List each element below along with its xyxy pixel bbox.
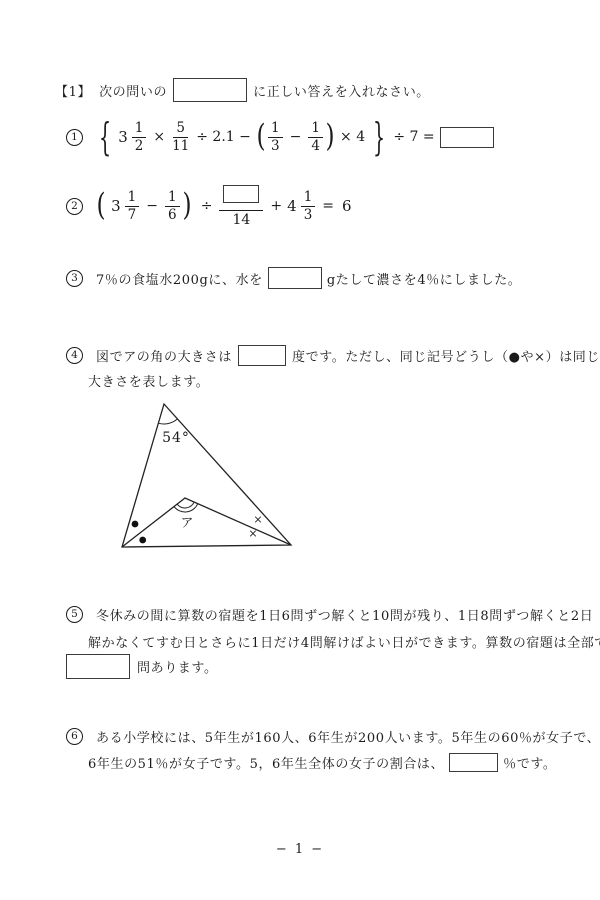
numerator: 5 xyxy=(173,121,188,137)
mixed-number: 4 1 3 xyxy=(287,190,317,221)
problem-3: 3 7％の食塩水200gに、水を gたして濃さを4％にしました。 xyxy=(66,264,521,292)
whole-part: 4 xyxy=(287,197,297,215)
problem-5-text-line1: 冬休みの間に算数の宿題を1日6問ずつ解くと10問が残り、1日8問ずつ解くと2日 xyxy=(96,605,593,624)
problem-4-text-line2: 大きさを表します。 xyxy=(88,371,209,390)
equal-angle-cross: × xyxy=(253,513,262,526)
header-text-before: 次の問いの xyxy=(99,81,167,100)
paren-close: ) xyxy=(182,192,191,220)
equals-sign: = xyxy=(322,198,334,214)
problem-6-line2: 6年生の51％が女子です。5，6年生全体の女子の割合は、 ％です。 xyxy=(88,748,557,776)
problem-3-digit: 3 xyxy=(71,272,78,284)
worksheet-page: 【1】 次の問いの に正しい答えを入れなさい。 1 { 3 1 2 × 5 11… xyxy=(0,0,600,900)
problem-set-header: 【1】 次の問いの に正しい答えを入れなさい。 xyxy=(55,78,430,102)
fraction: 1 4 xyxy=(308,121,323,152)
problem-6-text-before: 6年生の51％が女子です。5，6年生全体の女子の割合は、 xyxy=(88,753,444,772)
equal-angle-cross: × xyxy=(248,527,257,540)
answer-box-3[interactable] xyxy=(268,267,322,289)
paren-close: ) xyxy=(325,123,334,151)
fraction: 1 3 xyxy=(301,190,316,221)
paren-open: ( xyxy=(256,123,265,151)
mixed-number: 3 1 2 xyxy=(118,121,148,152)
problem-3-text-before: 7％の食塩水200gに、水を xyxy=(96,269,263,288)
brace-close: } xyxy=(373,120,385,154)
apex-angle-arc xyxy=(158,419,177,424)
answer-box-4[interactable] xyxy=(238,345,286,366)
problem-1-digit: 1 xyxy=(71,131,78,143)
problem-4-digit: 4 xyxy=(71,349,78,361)
header-text-after: に正しい答えを入れなさい。 xyxy=(253,81,430,100)
denominator: 3 xyxy=(304,207,313,222)
header-answer-box[interactable] xyxy=(173,78,247,102)
problem-4-line2: 大きさを表します。 xyxy=(88,368,209,392)
denominator: 4 xyxy=(311,138,320,153)
mixed-number: 3 1 7 xyxy=(111,190,141,221)
equal-angle-dot xyxy=(132,521,139,528)
divide-seven-equals: ÷ 7 = xyxy=(393,129,434,145)
fraction: 5 11 xyxy=(172,121,189,152)
numerator: 1 xyxy=(132,121,147,137)
divide-operator: ÷ xyxy=(201,198,213,214)
answer-box-5[interactable] xyxy=(66,654,130,679)
problem-set-label: 【1】 xyxy=(55,81,91,100)
apex-angle-label: 54° xyxy=(162,430,190,446)
divide-decimal-minus: ÷ 2.1 − xyxy=(196,129,251,145)
plus-operator: + xyxy=(270,198,282,214)
denominator: 3 xyxy=(271,138,280,153)
problem-4-line1: 4 図でアの角の大きさは 度です。ただし、同じ記号どうし（●や×）は同じ xyxy=(66,341,600,369)
box-numerator xyxy=(219,184,263,211)
paren-open: ( xyxy=(97,192,106,220)
denominator: 11 xyxy=(172,138,189,153)
problem-6-digit: 6 xyxy=(71,730,78,742)
problem-5-line1: 5 冬休みの間に算数の宿題を1日6問ずつ解くと10問が残り、1日8問ずつ解くと2… xyxy=(66,601,593,627)
numerator: 1 xyxy=(165,190,180,206)
result-value: 6 xyxy=(342,197,352,215)
numerator: 1 xyxy=(125,190,140,206)
answer-box-2[interactable] xyxy=(223,185,259,203)
outer-triangle xyxy=(122,404,291,547)
problem-5-line2: 解かなくてすむ日とさらに1日だけ4問解けばよい日ができます。算数の宿題は全部で xyxy=(88,628,600,654)
problem-2-digit: 2 xyxy=(71,200,78,212)
problem-3-number: 3 xyxy=(66,270,83,287)
times-four: × 4 xyxy=(340,129,365,145)
numerator: 1 xyxy=(268,121,283,137)
answer-box-1[interactable] xyxy=(440,127,494,148)
whole-part: 3 xyxy=(118,128,128,146)
problem-3-text-after: gたして濃さを4％にしました。 xyxy=(327,269,522,288)
problem-6-text-line1: ある小学校には、5年生が160人、6年生が200人います。5年生の60％が女子で… xyxy=(96,727,600,746)
equal-angle-dot xyxy=(139,537,146,544)
denominator: 2 xyxy=(135,138,144,153)
denominator: 6 xyxy=(168,207,177,222)
problem-5-number: 5 xyxy=(66,606,83,623)
minus-operator: − xyxy=(290,129,302,145)
inner-triangle-sides xyxy=(122,498,291,547)
angle-a-label: ア xyxy=(180,516,193,531)
triangle-figure: 54° ア × × xyxy=(110,398,310,560)
times-operator: × xyxy=(153,129,165,145)
problem-6-number: 6 xyxy=(66,728,83,745)
problem-5-text-after: 問あります。 xyxy=(137,657,218,676)
problem-4-text-before: 図でアの角の大きさは xyxy=(96,346,232,365)
denominator: 7 xyxy=(128,207,137,222)
answer-box-6[interactable] xyxy=(449,753,498,772)
problem-4-text-after: 度です。ただし、同じ記号どうし（●や×）は同じ xyxy=(292,346,600,365)
minus-operator: − xyxy=(146,198,158,214)
numerator: 1 xyxy=(308,121,323,137)
whole-part: 3 xyxy=(111,197,121,215)
fraction: 1 7 xyxy=(125,190,140,221)
problem-6-text-after: ％です。 xyxy=(503,753,556,772)
problem-2: 2 ( 3 1 7 − 1 6 ) ÷ 14 + 4 1 3 = 6 xyxy=(66,178,352,234)
problem-5-digit: 5 xyxy=(71,608,78,620)
angle-diagram: 54° ア × × xyxy=(110,398,310,560)
box-fraction: 14 xyxy=(219,184,263,228)
fraction: 1 6 xyxy=(165,190,180,221)
problem-6-line1: 6 ある小学校には、5年生が160人、6年生が200人います。5年生の60％が女… xyxy=(66,723,600,749)
problem-5-line3: 問あります。 xyxy=(66,652,218,680)
problem-1: 1 { 3 1 2 × 5 11 ÷ 2.1 − ( 1 3 − 1 4 ) ×… xyxy=(66,115,494,159)
brace-open: { xyxy=(99,120,111,154)
fraction: 1 3 xyxy=(268,121,283,152)
problem-1-number: 1 xyxy=(66,129,83,146)
fraction: 1 2 xyxy=(132,121,147,152)
numerator: 1 xyxy=(301,190,316,206)
problem-5-text-line2: 解かなくてすむ日とさらに1日だけ4問解けばよい日ができます。算数の宿題は全部で xyxy=(88,632,600,651)
page-number: − 1 − xyxy=(0,842,600,857)
denominator: 14 xyxy=(233,211,251,228)
problem-4-number: 4 xyxy=(66,347,83,364)
problem-2-number: 2 xyxy=(66,198,83,215)
